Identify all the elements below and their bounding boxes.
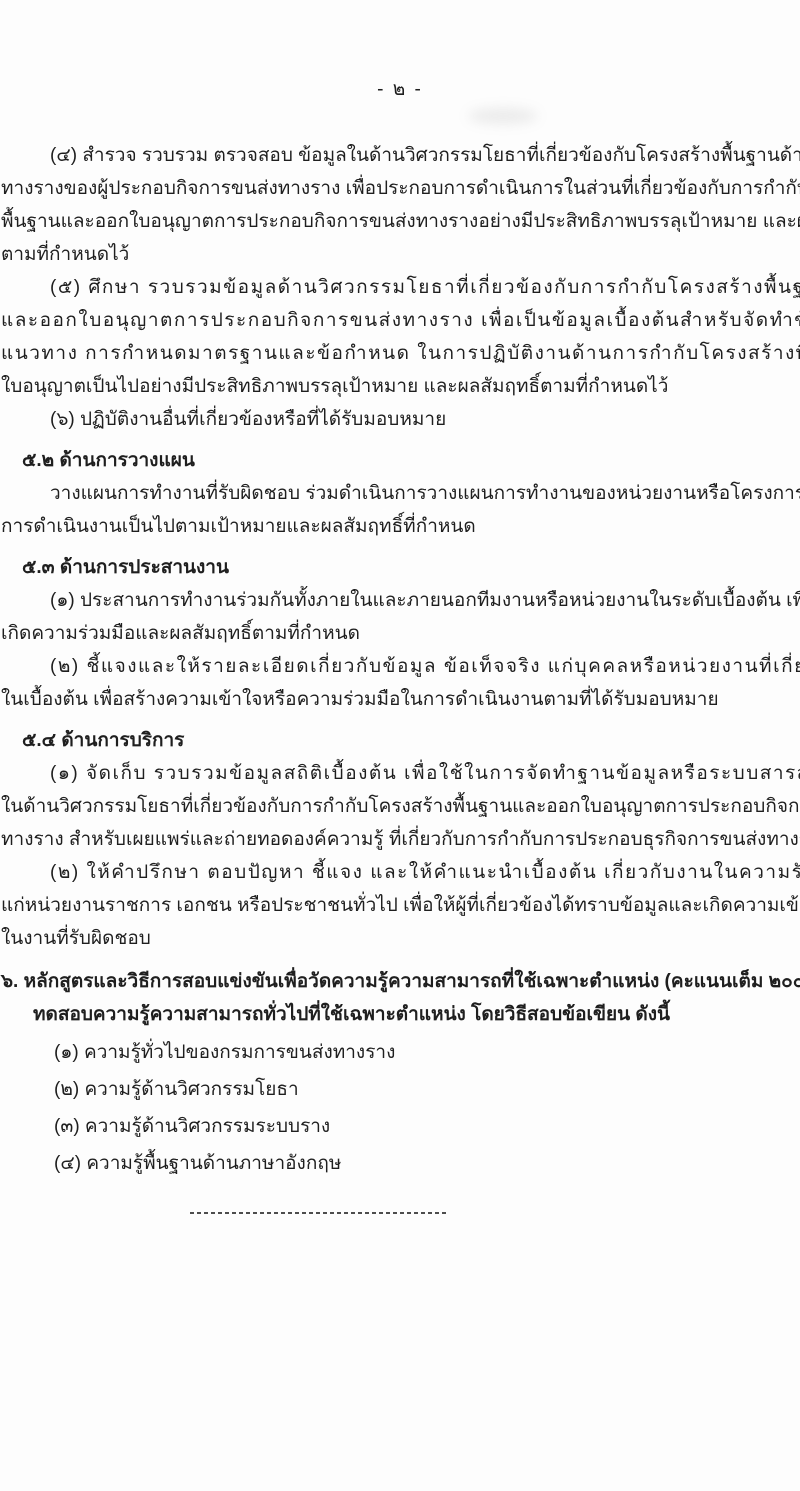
body-line: (๕) ศึกษา รวบรวมข้อมูลด้านวิศวกรรมโยธาที… (0, 272, 800, 305)
body-line: (๑) ประสานการทำงานร่วมกันทั้งภายในและภาย… (0, 585, 800, 618)
document-page: - ๒ - (๔) สำรวจ รวบรวม ตรวจสอบ ข้อมูลในด… (0, 0, 800, 1491)
page-number: - ๒ - (0, 74, 800, 104)
body-line: การดำเนินงานเป็นไปตามเป้าหมายและผลสัมฤทธ… (0, 511, 800, 544)
body-line: ทางราง สำหรับเผยแพร่และถ่ายทอดองค์ความรู… (0, 824, 800, 857)
section-heading: ๕.๔ ด้านการบริการ (0, 725, 800, 758)
list-item: (๒) ความรู้ด้านวิศวกรรมโยธา (0, 1071, 800, 1108)
list-item: (๑) ความรู้ทั่วไปของกรมการขนส่งทางราง (0, 1034, 800, 1071)
section-heading: ๖. หลักสูตรและวิธีการสอบแข่งขันเพื่อวัดค… (0, 966, 800, 999)
body-line: และออกใบอนุญาตการประกอบกิจการขนส่งทางราง… (0, 305, 800, 338)
body-line: (๒) ชี้แจงและให้รายละเอียดเกี่ยวกับข้อมู… (0, 651, 800, 684)
body-line: แนวทาง การกำหนดมาตรฐานและข้อกำหนด ในการป… (0, 338, 800, 371)
body-line: ตามที่กำหนดไว้ (0, 239, 800, 272)
body-line: ทางรางของผู้ประกอบกิจการขนส่งทางราง เพื่… (0, 173, 800, 206)
body-line: (๔) สำรวจ รวบรวม ตรวจสอบ ข้อมูลในด้านวิศ… (0, 140, 800, 173)
body-line: (๖) ปฏิบัติงานอื่นที่เกี่ยวข้องหรือที่ได… (0, 404, 800, 437)
body-line: ในงานที่รับผิดชอบ (0, 923, 800, 956)
scan-smudge (468, 108, 538, 124)
body-line: เกิดความร่วมมือและผลสัมฤทธิ์ตามที่กำหนด (0, 618, 800, 651)
body-line: ใบอนุญาตเป็นไปอย่างมีประสิทธิภาพบรรลุเป้… (0, 371, 800, 404)
document-body: (๔) สำรวจ รวบรวม ตรวจสอบ ข้อมูลในด้านวิศ… (0, 140, 800, 1182)
section-subheading: ทดสอบความรู้ความสามารถทั่วไปที่ใช้เฉพาะต… (0, 999, 800, 1032)
body-line: (๒) ให้คำปรึกษา ตอบปัญหา ชี้แจง และให้คำ… (0, 857, 800, 890)
body-line: ในด้านวิศวกรรมโยธาที่เกี่ยวข้องกับการกำก… (0, 791, 800, 824)
body-line: ในเบื้องต้น เพื่อสร้างความเข้าใจหรือความ… (0, 684, 800, 717)
body-line: (๑) จัดเก็บ รวบรวมข้อมูลสถิติเบื้องต้น เ… (0, 758, 800, 791)
list-item: (๓) ความรู้ด้านวิศวกรรมระบบราง (0, 1108, 800, 1145)
body-line: วางแผนการทำงานที่รับผิดชอบ ร่วมดำเนินการ… (0, 478, 800, 511)
section-heading: ๕.๓ ด้านการประสานงาน (0, 552, 800, 585)
body-line: พื้นฐานและออกใบอนุญาตการประกอบกิจการขนส่… (0, 206, 800, 239)
section-heading: ๕.๒ ด้านการวางแผน (0, 445, 800, 478)
list-item: (๔) ความรู้พื้นฐานด้านภาษาอังกฤษ (0, 1145, 800, 1182)
dashed-separator (190, 1212, 447, 1214)
body-line: แก่หน่วยงานราชการ เอกชน หรือประชาชนทั่วไ… (0, 890, 800, 923)
